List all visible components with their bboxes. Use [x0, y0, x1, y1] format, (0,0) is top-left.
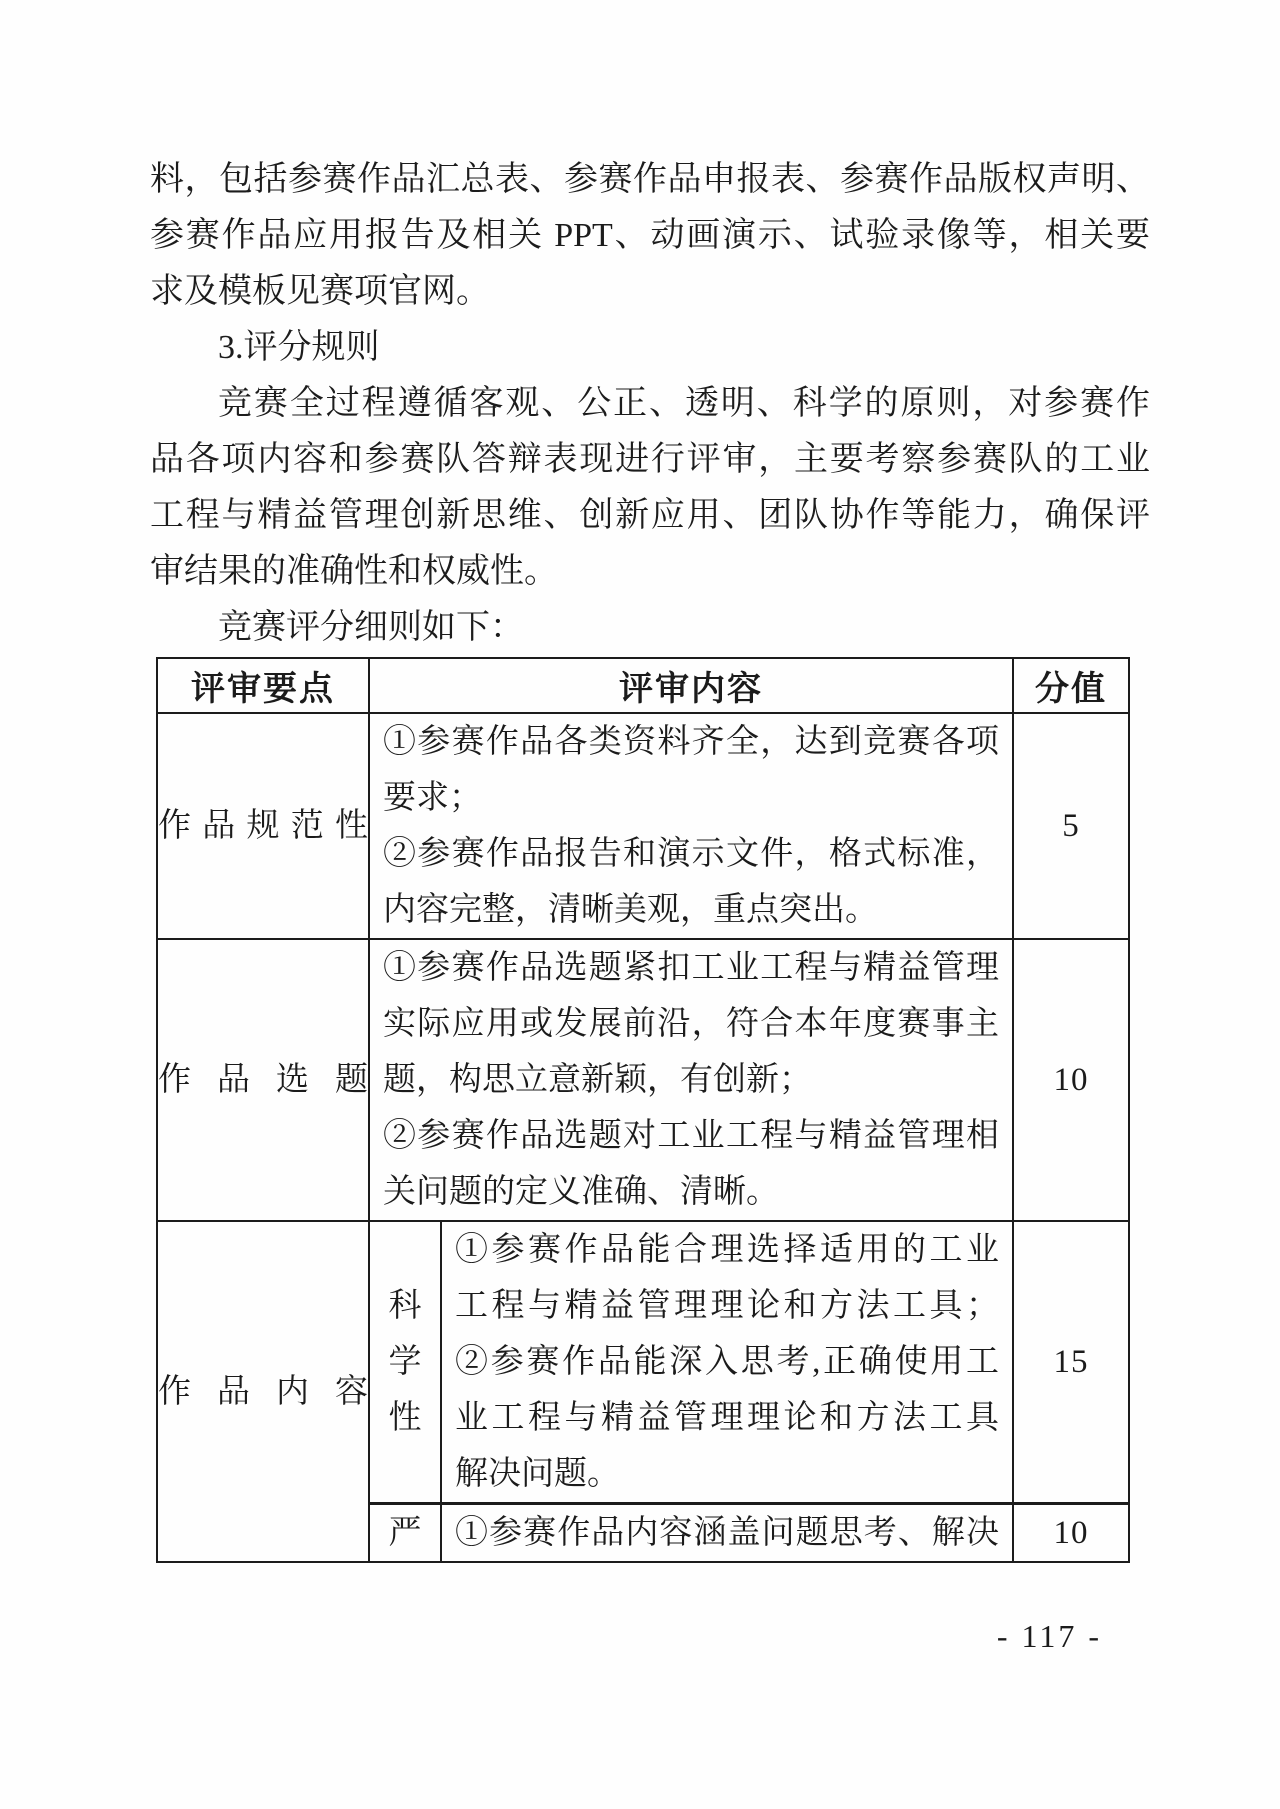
content-line: 要求；	[383, 770, 999, 826]
content-line: 关问题的定义准确、清晰。	[383, 1164, 999, 1220]
body-line: 工程与精益管理创新思维、创新应用、团队协作等能力，确保评	[150, 488, 1150, 544]
document-page: 料，包括参赛作品汇总表、参赛作品申报表、参赛作品版权声明、参赛作品应用报告及相关…	[0, 0, 1280, 1809]
criteria-cell-standardization: 作品规范性	[157, 713, 369, 939]
table-row: 作品选题 ①参赛作品选题紧扣工业工程与精益管理实际应用或发展前沿，符合本年度赛事…	[157, 939, 1129, 1221]
score-cell: 15	[1013, 1221, 1129, 1504]
body-line: 品各项内容和参赛队答辩表现进行评审，主要考察参赛队的工业	[150, 432, 1150, 488]
vertical-char: 严	[370, 1505, 440, 1561]
content-cell: ①参赛作品选题紧扣工业工程与精益管理实际应用或发展前沿，符合本年度赛事主题，构思…	[369, 939, 1013, 1221]
score-cell: 10	[1013, 1504, 1129, 1563]
table-header-score: 分值	[1013, 658, 1129, 713]
content-line: 业工程与精益管理理论和方法工具	[455, 1390, 999, 1446]
content-line: 解决问题。	[455, 1446, 999, 1502]
body-line: 审结果的准确性和权威性。	[150, 544, 1150, 600]
table-row: 作品内容 科学性 ①参赛作品能合理选择适用的工业工程与精益管理理论和方法工具；②…	[157, 1221, 1129, 1504]
content-cell: ①参赛作品内容涵盖问题思考、解决	[441, 1504, 1013, 1563]
body-line: 竞赛全过程遵循客观、公正、透明、科学的原则，对参赛作	[150, 376, 1150, 432]
content-line: ①参赛作品内容涵盖问题思考、解决	[455, 1505, 999, 1561]
criteria-cell-topic: 作品选题	[157, 939, 369, 1221]
body-line: 3.评分规则	[150, 320, 1150, 376]
sub-criteria-cell-scientific: 科学性	[369, 1221, 441, 1504]
content-line: 内容完整，清晰美观，重点突出。	[383, 882, 999, 938]
content-line: 题，构思立意新颖，有创新；	[383, 1052, 999, 1108]
content-line: ①参赛作品各类资料齐全，达到竞赛各项	[383, 714, 999, 770]
content-line: 工程与精益管理理论和方法工具；	[455, 1278, 999, 1334]
sub-criteria-cell-rigor: 严	[369, 1504, 441, 1563]
content-cell: ①参赛作品能合理选择适用的工业工程与精益管理理论和方法工具；②参赛作品能深入思考…	[441, 1221, 1013, 1504]
body-line: 参赛作品应用报告及相关 PPT、动画演示、试验录像等，相关要	[150, 208, 1150, 264]
content-line: ①参赛作品能合理选择适用的工业	[455, 1222, 999, 1278]
vertical-char: 科	[370, 1278, 440, 1334]
content-line: ②参赛作品能深入思考,正确使用工	[455, 1334, 999, 1390]
content-line: 实际应用或发展前沿，符合本年度赛事主	[383, 996, 999, 1052]
table-header-content: 评审内容	[369, 658, 1013, 713]
table-header-criteria: 评审要点	[157, 658, 369, 713]
criteria-label: 作品规范性	[158, 804, 368, 848]
score-cell: 5	[1013, 713, 1129, 939]
table-header-row: 评审要点 评审内容 分值	[157, 658, 1129, 713]
page-number: - 117 -	[997, 1618, 1102, 1655]
vertical-char: 性	[370, 1390, 440, 1446]
body-line: 料，包括参赛作品汇总表、参赛作品申报表、参赛作品版权声明、	[150, 152, 1150, 208]
score-cell: 10	[1013, 939, 1129, 1221]
criteria-label: 作品选题	[158, 1058, 368, 1102]
content-line: ①参赛作品选题紧扣工业工程与精益管理	[383, 940, 999, 996]
body-line: 求及模板见赛项官网。	[150, 264, 1150, 320]
table-row: 作品规范性 ①参赛作品各类资料齐全，达到竞赛各项要求；②参赛作品报告和演示文件，…	[157, 713, 1129, 939]
vertical-char: 学	[370, 1334, 440, 1390]
criteria-label: 作品内容	[158, 1370, 368, 1414]
body-text: 料，包括参赛作品汇总表、参赛作品申报表、参赛作品版权声明、参赛作品应用报告及相关…	[150, 152, 1150, 656]
body-line: 竞赛评分细则如下：	[150, 600, 1150, 656]
content-cell: ①参赛作品各类资料齐全，达到竞赛各项要求；②参赛作品报告和演示文件，格式标准，内…	[369, 713, 1013, 939]
criteria-cell-content: 作品内容	[157, 1221, 369, 1562]
scoring-table: 评审要点 评审内容 分值 作品规范性 ①参赛作品各类资料齐全，达到竞赛各项要求；…	[156, 657, 1130, 1563]
content-line: ②参赛作品报告和演示文件，格式标准，	[383, 826, 999, 882]
content-line: ②参赛作品选题对工业工程与精益管理相	[383, 1108, 999, 1164]
